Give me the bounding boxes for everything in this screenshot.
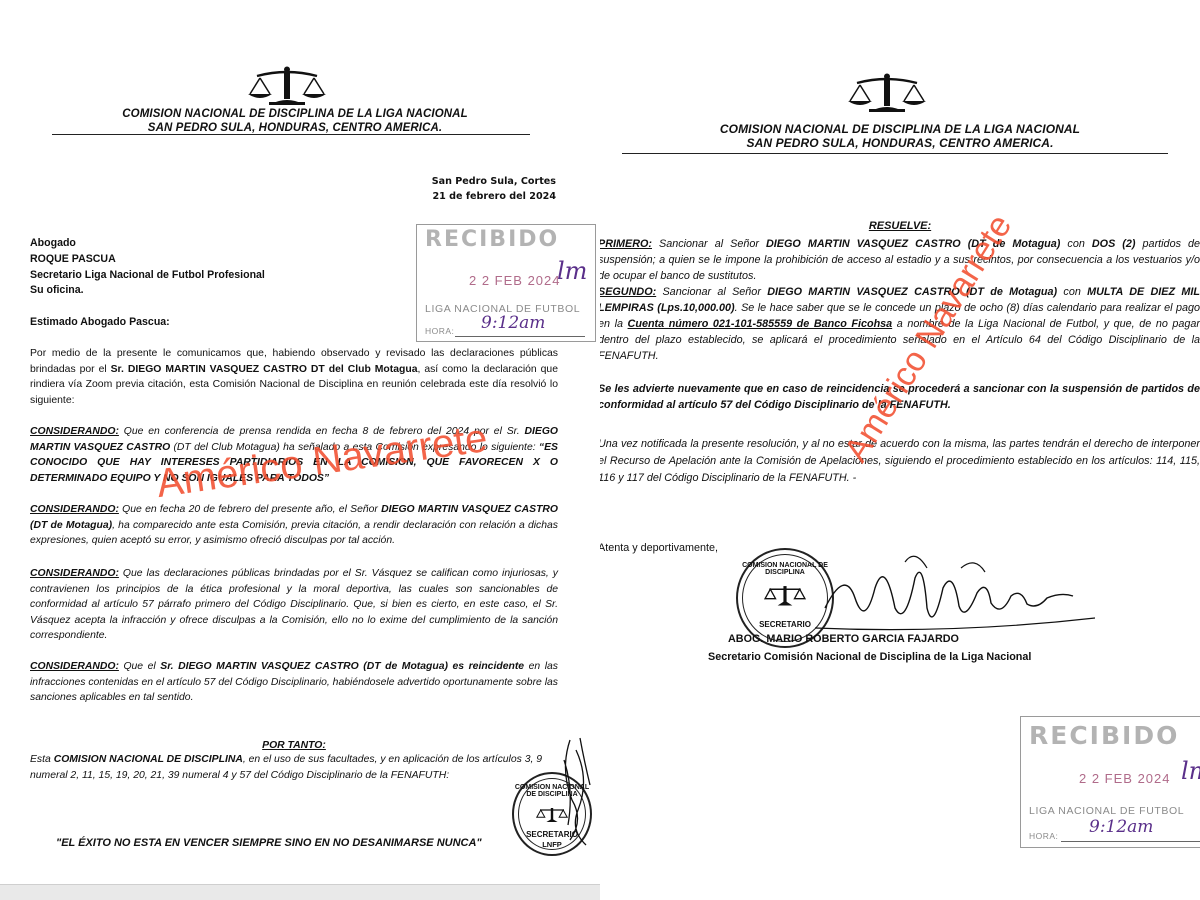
por-tanto-paragraph: Esta COMISION NACIONAL DE DISCIPLINA, en… (30, 752, 558, 783)
recipient-name: ROQUE PASCUA (30, 252, 330, 268)
considerando-label: CONSIDERANDO: (30, 568, 119, 579)
stamp-label: RECIBIDO (1029, 721, 1179, 750)
scales-of-justice-icon (247, 66, 327, 106)
segundo-label: SEGUNDO: (600, 286, 656, 298)
appeal-paragraph: Una vez notificada la presente resolució… (600, 436, 1200, 487)
stamp-date: 2 2 FEB 2024 (469, 273, 561, 288)
text: Que las declaraciones públicas brindadas… (30, 568, 558, 641)
text: con (1060, 238, 1092, 250)
motto: "EL ÉXITO NO ESTA EN VENCER SIEMPRE SINO… (56, 836, 576, 852)
stamp-hora-line (1061, 841, 1200, 842)
considerando-2: CONSIDERANDO: Que en fecha 20 de febrero… (30, 502, 558, 549)
intro-paragraph: Por medio de la presente le comunicamos … (30, 346, 558, 408)
considerando-label: CONSIDERANDO: (30, 661, 119, 672)
place-date: San Pedro Sula, Cortes 21 de febrero del… (330, 174, 556, 204)
recipient-position: Secretario Liga Nacional de Futbol Profe… (30, 268, 330, 284)
letterhead-rule (622, 153, 1168, 154)
bank-account: Cuenta número 021-101-585559 de Banco Fi… (628, 318, 893, 330)
letterhead-line-2: SAN PEDRO SULA, HONDURAS, CENTRO AMERICA… (60, 121, 530, 135)
recipient-office: Su oficina. (30, 283, 330, 299)
letterhead-line-1: COMISION NACIONAL DE DISCIPLINA DE LA LI… (60, 107, 530, 121)
letterhead-rule (52, 134, 530, 135)
stamp-hora-line (455, 336, 585, 337)
text: Que en fecha 20 de febrero del presente … (119, 504, 381, 515)
letterhead-line-2: SAN PEDRO SULA, HONDURAS, CENTRO AMERICA… (660, 136, 1140, 150)
stamp-date: 2 2 FEB 2024 (1079, 771, 1171, 786)
document-page-2: COMISION NACIONAL DE DISCIPLINA DE LA LI… (600, 0, 1200, 900)
recipient-title: Abogado (30, 236, 330, 252)
suspension-count: DOS (2) (1092, 238, 1136, 250)
scales-of-justice-icon (764, 578, 806, 612)
page-edge-shadow (0, 884, 600, 900)
resuelve-heading: RESUELVE: (600, 219, 1200, 235)
considerando-3: CONSIDERANDO: Que las declaraciones públ… (30, 566, 558, 644)
intro-subject: Sr. DIEGO MARTIN VASQUEZ CASTRO DT del C… (111, 364, 418, 375)
signer-name: ABOG. MARIO ROBERTO GARCIA FAJARDO (728, 632, 1068, 648)
text: Sancionar al Señor (652, 238, 766, 250)
text: Que el (119, 661, 160, 672)
date: 21 de febrero del 2024 (330, 189, 556, 204)
stamp-hora-label: HORA: (425, 326, 454, 336)
scales-of-justice-icon (847, 72, 927, 114)
stamp-time: 9:12am (481, 313, 545, 333)
document-page-1: COMISION NACIONAL DE DISCIPLINA DE LA LI… (0, 0, 600, 900)
subject-name: DIEGO MARTIN VASQUEZ CASTRO (DT de Motag… (766, 238, 1060, 250)
letterhead-line-1: COMISION NACIONAL DE DISCIPLINA DE LA LI… (660, 122, 1140, 136)
stamp-initials: lm (557, 257, 587, 285)
considerando-4: CONSIDERANDO: Que el Sr. DIEGO MARTIN VA… (30, 659, 558, 706)
stamp-org: LIGA NACIONAL DE FUTBOL (1029, 805, 1184, 817)
primero-label: PRIMERO: (600, 238, 652, 250)
stamp-time: 9:12am (1089, 817, 1153, 837)
text: con (1057, 286, 1087, 298)
recibido-stamp: RECIBIDO 2 2 FEB 2024 lm LIGA NACIONAL D… (1020, 716, 1200, 848)
stamp-hora-label: HORA: (1029, 831, 1058, 841)
letterhead: COMISION NACIONAL DE DISCIPLINA DE LA LI… (60, 107, 530, 135)
considerando-label: CONSIDERANDO: (30, 504, 119, 515)
commission-name: COMISION NACIONAL DE DISCIPLINA (54, 754, 243, 765)
primero-paragraph: PRIMERO: Sancionar al Señor DIEGO MARTIN… (600, 236, 1200, 284)
stamp-initials: lm (1181, 757, 1200, 785)
text: Esta (30, 754, 54, 765)
signer-title: Secretario Comisión Nacional de Discipli… (708, 650, 1128, 666)
letterhead: COMISION NACIONAL DE DISCIPLINA DE LA LI… (660, 122, 1140, 150)
considerando-label: CONSIDERANDO: (30, 426, 119, 437)
recipient-block: Abogado ROQUE PASCUA Secretario Liga Nac… (30, 236, 330, 299)
place: San Pedro Sula, Cortes (330, 174, 556, 189)
recibido-stamp: RECIBIDO 2 2 FEB 2024 lm LIGA NACIONAL D… (416, 224, 596, 342)
salutation: Estimado Abogado Pascua: (30, 315, 330, 331)
subject-name: DIEGO MARTIN VASQUEZ CASTRO (DT de Motag… (767, 286, 1057, 298)
text: Sancionar al Señor (656, 286, 767, 298)
signature-scribble (540, 730, 600, 850)
stamp-label: RECIBIDO (425, 227, 559, 252)
subject-name: Sr. DIEGO MARTIN VASQUEZ CASTRO (DT de M… (160, 661, 524, 672)
handwritten-signature (815, 548, 1095, 640)
